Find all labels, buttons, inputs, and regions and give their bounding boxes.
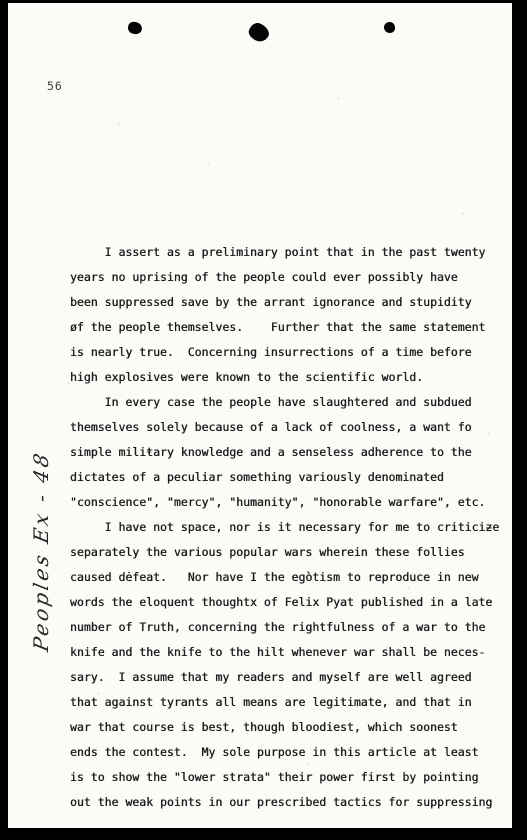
paragraph-1: I assert as a preliminary point that in … [70, 240, 506, 390]
typed-line: I assert as a preliminary point that in … [70, 240, 506, 265]
typed-line: is nearly true. Concerning insurrections… [70, 340, 506, 365]
margin-annotation-area: Peoples Ex - 48 [12, 435, 70, 667]
document-page: 56 Peoples Ex - 48 I assert as a prelimi… [8, 3, 512, 828]
page-number: 56 [47, 79, 63, 93]
ink-blot-center [246, 20, 272, 44]
typed-line: "conscience", "mercy", "humanity", "hono… [70, 490, 506, 515]
handwritten-exhibit-annotation: Peoples Ex - 48 [12, 429, 70, 673]
typed-line: high explosives were known to the scient… [70, 365, 506, 390]
typed-line: knife and the knife to the hilt whenever… [70, 640, 506, 665]
ink-blot-right [383, 21, 395, 33]
scan-frame: 56 Peoples Ex - 48 I assert as a prelimi… [0, 0, 527, 840]
typed-line: caused dėfeat. Nor have I the egòtism to… [70, 565, 506, 590]
typed-line: I have not space, nor is it necessary fo… [70, 515, 506, 540]
typed-line: been suppressed save by the arrant ignor… [70, 290, 506, 315]
typed-line: out the weak points in our prescribed ta… [70, 790, 506, 815]
ink-blot-left [127, 21, 143, 36]
typed-line: øf the people themselves. Further that t… [70, 315, 506, 340]
typed-line: that against tyrants all means are legit… [70, 690, 506, 715]
typed-line: number of Truth, concerning the rightful… [70, 615, 506, 640]
typed-line: separately the various popular wars wher… [70, 540, 506, 565]
paragraph-3: I have not space, nor is it necessary fo… [70, 515, 506, 815]
scan-speckles [8, 3, 9, 4]
typed-line: sary. I assume that my readers and mysel… [70, 665, 506, 690]
typed-line: themselves solely because of a lack of c… [70, 415, 506, 440]
typed-line: simple miliŧary knowledge and a senseles… [70, 440, 506, 465]
typed-line: In every case the people have slaughtere… [70, 390, 506, 415]
typed-line: words the eloquent thoughtx of Felix Pya… [70, 590, 506, 615]
typed-line: war that course is best, though bloodies… [70, 715, 506, 740]
typed-line: ends the contest. My sole purpose in thi… [70, 740, 506, 765]
typed-text-block: I assert as a preliminary point that in … [70, 240, 506, 815]
typed-line: years no uprising of the people could ev… [70, 265, 506, 290]
typed-line: dictates of a peculiar something various… [70, 465, 506, 490]
typed-line: is to show the "lower strata" their powe… [70, 765, 506, 790]
paragraph-2: In every case the people have slaughtere… [70, 390, 506, 515]
